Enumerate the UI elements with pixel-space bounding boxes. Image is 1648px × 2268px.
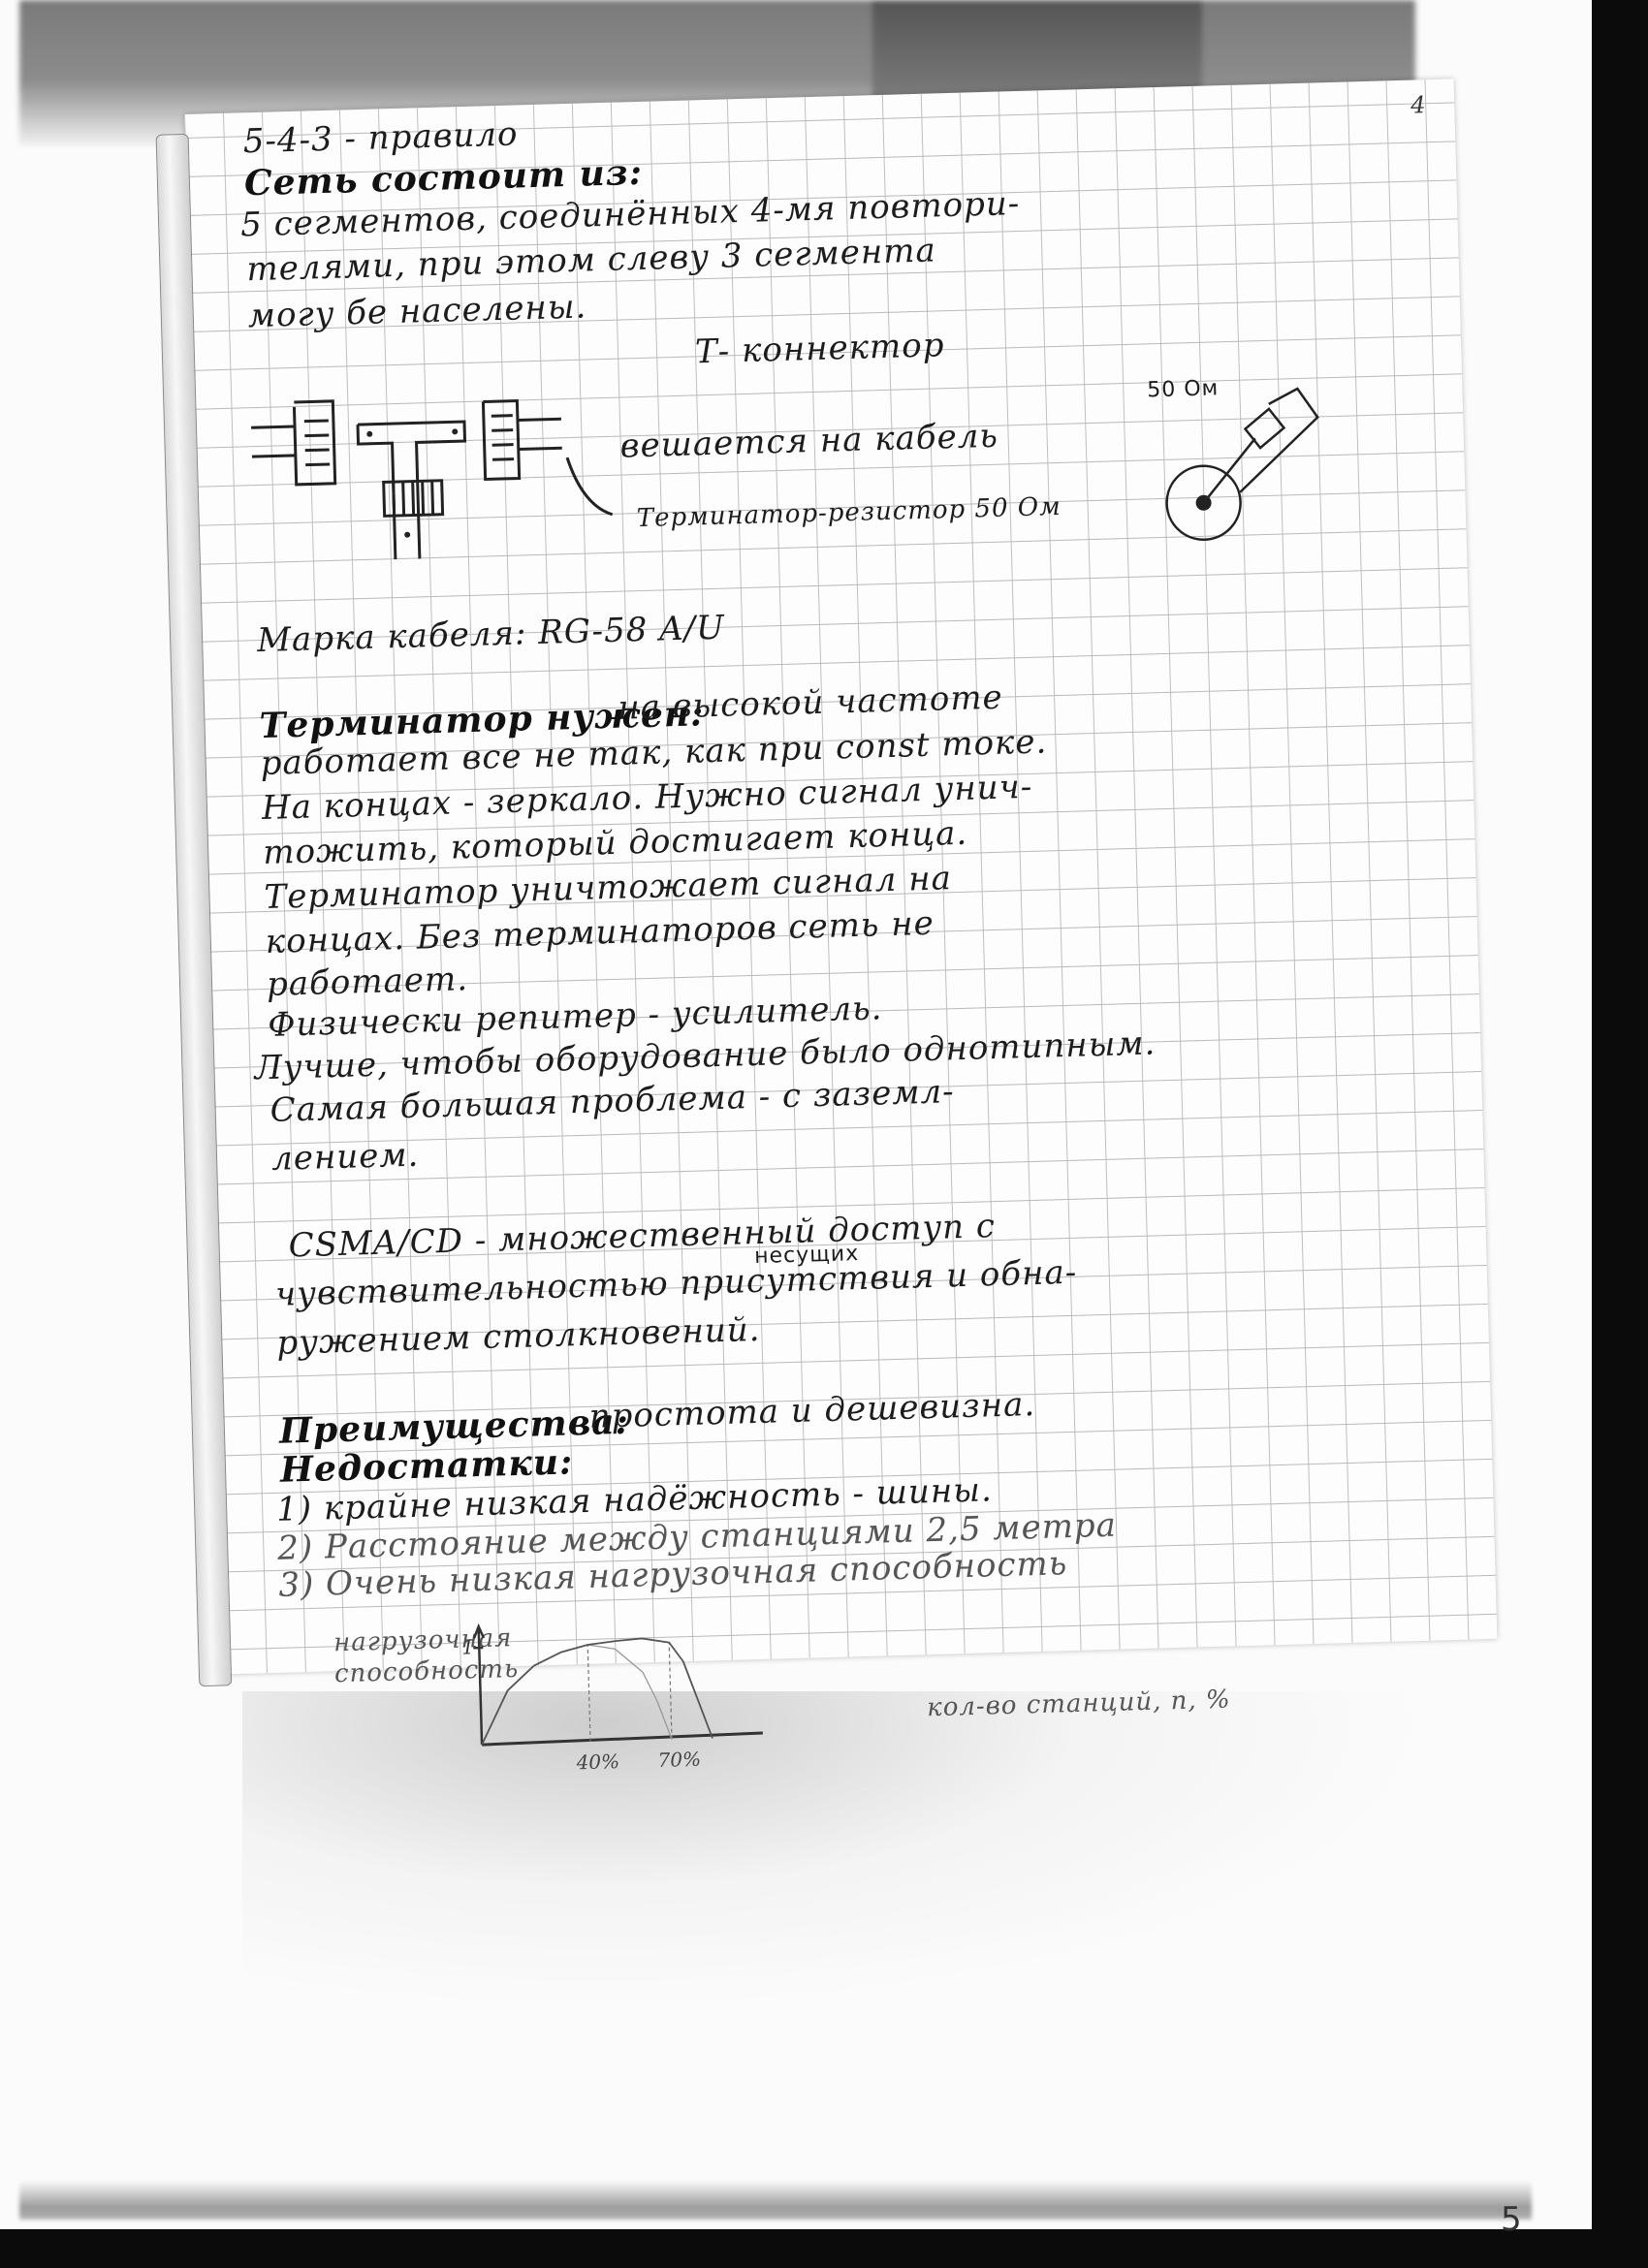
pros-text: простота и дешевизна.	[588, 1385, 1036, 1436]
cable-brand: Марка кабеля: RG-58 A/U	[257, 609, 726, 660]
notebook-page: 4 5-4-3 - правило Сеть состоит из: 5 сег…	[184, 79, 1497, 1674]
svg-text:70%: 70%	[657, 1748, 701, 1772]
terminator-sketch	[1161, 382, 1360, 562]
chart-ylabel: нагрузочная способность	[333, 1623, 481, 1689]
resistor-value-label: 50 Ом	[1147, 376, 1220, 402]
scan-border-bottom	[0, 2229, 1648, 2268]
scanner-shadow-bottom	[19, 2181, 1532, 2220]
scan-border-right	[1592, 0, 1648, 2268]
scanner-shadow-middle	[242, 1691, 1435, 2011]
t-connector-label: Т- коннектор	[694, 326, 944, 371]
rule-title: 5-4-3 - правило	[242, 114, 519, 161]
csma-line-1: CSMA/CD - множественный доступ с	[288, 1207, 996, 1265]
csma-line-3: ружением столкновений.	[276, 1310, 761, 1363]
svg-text:1: 1	[461, 1635, 474, 1658]
terminator-line-1: на высокой частоте	[618, 678, 1003, 728]
rule-line-3: могу бе населены.	[247, 287, 587, 335]
corner-mark: 4	[1410, 91, 1426, 118]
page-number: 5	[1501, 2200, 1522, 2239]
terminator-line-7: работает.	[267, 960, 469, 1004]
notebook-spine	[156, 134, 233, 1686]
terminator-line-11: лением.	[271, 1136, 420, 1179]
load-capacity-chart: 140%70%	[459, 1611, 774, 1784]
svg-text:40%: 40%	[575, 1749, 619, 1774]
